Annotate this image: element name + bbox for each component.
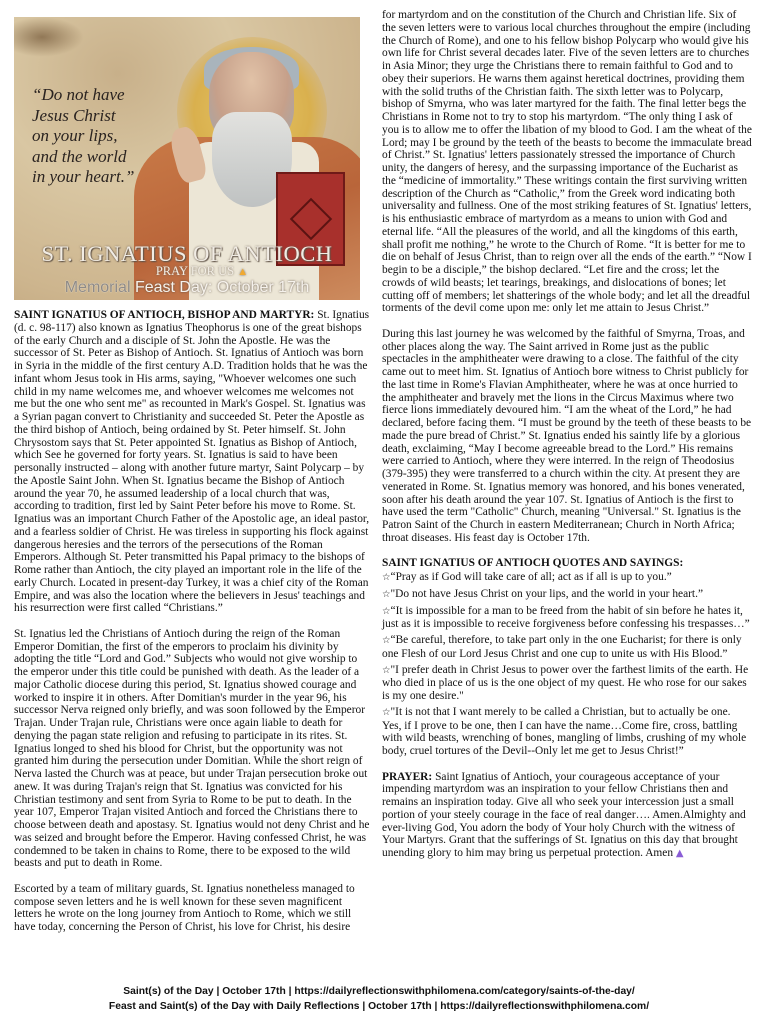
star-icon: ☆	[382, 635, 391, 646]
star-icon: ☆	[382, 572, 391, 583]
martyrdom-paragraph: During this last journey he was welcomed…	[382, 328, 752, 545]
right-column: for martyrdom and on the constitution of…	[382, 9, 752, 874]
quote-item: ☆"I prefer death in Christ Jesus to powe…	[382, 664, 752, 703]
footer-line-feast: Feast and Saint(s) of the Day with Daily…	[0, 999, 758, 1014]
quote-text: "I prefer death in Christ Jesus to power…	[382, 664, 748, 703]
pray-for-us: PRAY FOR US ▲	[14, 264, 360, 279]
quote-line: “Do not have	[32, 85, 172, 106]
letters-paragraph-cont: for martyrdom and on the constitution of…	[382, 9, 752, 315]
prayer-text: Saint Ignatius of Antioch, your courageo…	[382, 771, 746, 860]
feast-date: Feast Day: October 17th	[135, 279, 309, 296]
image-stain	[14, 17, 84, 57]
saint-image: “Do not have Jesus Christ on your lips, …	[14, 17, 360, 300]
prayer-label: PRAYER:	[382, 771, 432, 783]
quote-item: ☆"Do not have Jesus Christ on your lips,…	[382, 588, 752, 602]
quote-text: "Do not have Jesus Christ on your lips, …	[391, 588, 703, 600]
quote-line: and the world	[32, 147, 172, 168]
prayer-paragraph: PRAYER: Saint Ignatius of Antioch, your …	[382, 771, 752, 861]
quote-line: on your lips,	[32, 126, 172, 147]
document-page: “Do not have Jesus Christ on your lips, …	[0, 0, 758, 1024]
quote-text: “Be careful, therefore, to take part onl…	[382, 634, 742, 660]
quote-text: “It is impossible for a man to be freed …	[382, 605, 750, 631]
page-footer: Saint(s) of the Day | October 17th | htt…	[0, 984, 758, 1014]
quote-item: ☆“Be careful, therefore, to take part on…	[382, 634, 752, 661]
letters-paragraph-start: Escorted by a team of military guards, S…	[14, 883, 370, 934]
quote-line: Jesus Christ	[32, 106, 172, 127]
memorial-label: Memorial	[65, 279, 131, 296]
footer-line-saints: Saint(s) of the Day | October 17th | htt…	[0, 984, 758, 999]
praying-hands-icon: ▲	[237, 266, 248, 278]
domitian-paragraph: St. Ignatius led the Christians of Antio…	[14, 628, 370, 870]
star-icon: ☆	[382, 589, 391, 600]
pray-text: PRAY FOR US	[156, 264, 234, 278]
quote-item: ☆“Pray as if God will take care of all; …	[382, 571, 752, 585]
intro-heading: SAINT IGNATIUS OF ANTIOCH, BISHOP AND MA…	[14, 309, 314, 321]
star-icon: ☆	[382, 707, 391, 718]
quote-text: “Pray as if God will take care of all; a…	[391, 571, 672, 583]
quote-text: "It is not that I want merely to be call…	[382, 706, 746, 757]
left-column: SAINT IGNATIUS OF ANTIOCH, BISHOP AND MA…	[14, 309, 370, 947]
quote-item: ☆"It is not that I want merely to be cal…	[382, 706, 752, 758]
praying-hands-icon: ▲	[676, 848, 684, 859]
quote-line: in your heart.”	[32, 167, 172, 188]
image-quote: “Do not have Jesus Christ on your lips, …	[32, 85, 172, 188]
feast-day-caption: Memorial Feast Day: October 17th	[14, 279, 360, 297]
intro-text: St. Ignatius (d. c. 98-117) also known a…	[14, 309, 369, 614]
star-icon: ☆	[382, 606, 391, 617]
star-icon: ☆	[382, 665, 391, 676]
intro-paragraph: SAINT IGNATIUS OF ANTIOCH, BISHOP AND MA…	[14, 309, 370, 615]
quotes-heading: SAINT IGNATIUS OF ANTIOCH QUOTES AND SAY…	[382, 557, 752, 570]
quote-item: ☆“It is impossible for a man to be freed…	[382, 605, 752, 632]
